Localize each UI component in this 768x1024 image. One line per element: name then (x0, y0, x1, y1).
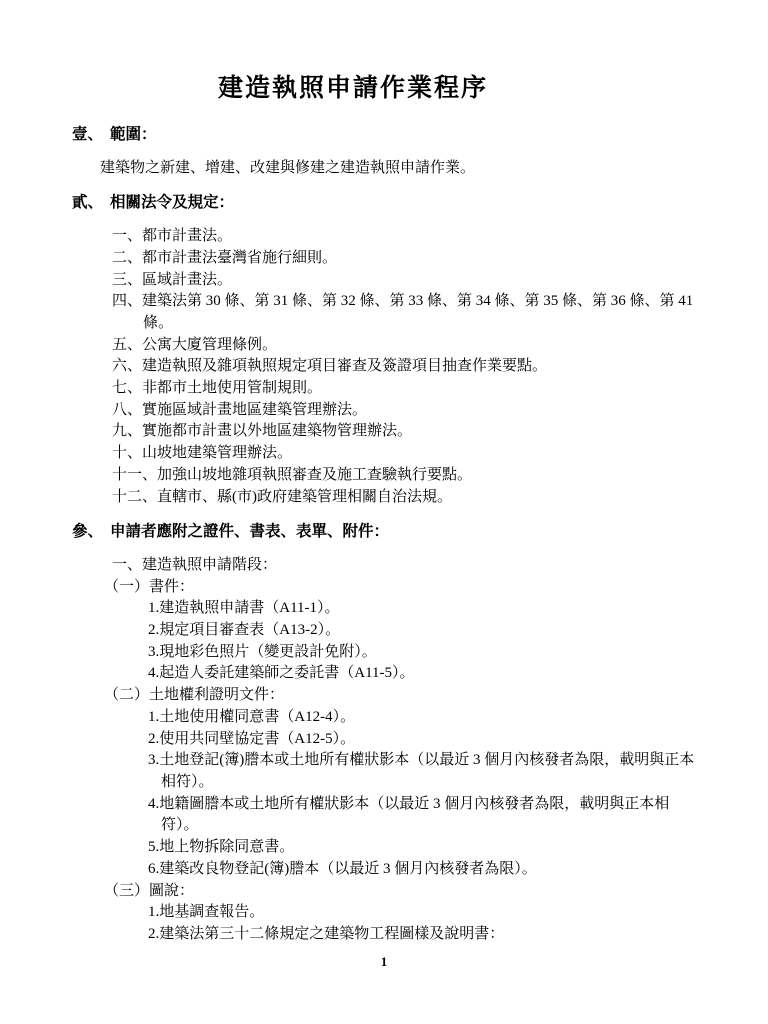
list-item-label: 六、 (112, 358, 142, 374)
list-item: 二、都市計畫法臺灣省施行細則。 (112, 248, 706, 270)
list-item-text: 建築法第 30 條、第 31 條、第 32 條、第 33 條、第 34 條、第 … (142, 293, 693, 331)
section-number: 貳、 (72, 192, 110, 214)
stage-text: 建造執照申請階段： (142, 557, 277, 573)
group-label: （一） (104, 577, 149, 599)
section-number: 參、 (72, 521, 110, 543)
list-item-label: 五、 (112, 337, 142, 353)
list-item-label: 十一、 (112, 467, 157, 483)
page-number: 1 (0, 955, 768, 969)
list-item-label: 一、 (112, 228, 142, 244)
list-item-text: 公寓大廈管理條例。 (142, 337, 277, 353)
attachment-item: 2.規定項目審查表（A13-2）。 (148, 620, 706, 642)
document-page: 建造執照申請作業程序 壹、範圍： 建築物之新建、增建、改建與修建之建造執照申請作… (0, 72, 768, 946)
section-heading-scope: 壹、範圍： (72, 124, 706, 146)
list-item-text: 山坡地建築管理辦法。 (142, 445, 292, 461)
section-title: 相關法令及規定： (110, 194, 234, 211)
group-title: 土地權利證明文件： (149, 687, 284, 703)
list-item-label: 九、 (112, 423, 142, 439)
attachment-item: 3.土地登記(簿)謄本或土地所有權狀影本（以最近 3 個月內核發者為限，載明與正… (148, 750, 706, 793)
attachment-item: 2.建築法第三十二條規定之建築物工程圖樣及說明書： (148, 924, 706, 946)
list-item-text: 實施區域計畫地區建築管理辦法。 (142, 402, 367, 418)
section-heading-attachments: 參、申請者應附之證件、書表、表單、附件： (72, 521, 706, 543)
attachment-item: 4.地籍圖謄本或土地所有權狀影本（以最近 3 個月內核發者為限，載明與正本相符）… (148, 794, 706, 837)
list-item: 十、山坡地建築管理辦法。 (112, 443, 706, 465)
list-item: 四、建築法第 30 條、第 31 條、第 32 條、第 33 條、第 34 條、… (112, 291, 706, 334)
list-item-text: 區域計畫法。 (142, 272, 232, 288)
list-item: 六、建造執照及雜項執照規定項目審查及簽證項目抽查作業要點。 (112, 356, 706, 378)
group-label: （三） (104, 881, 149, 903)
list-item: 九、實施都市計畫以外地區建築物管理辦法。 (112, 421, 706, 443)
list-item-text: 都市計畫法。 (142, 228, 232, 244)
attachment-item: 4.起造人委託建築師之委託書（A11-5）。 (148, 663, 706, 685)
section-heading-regulations: 貳、相關法令及規定： (72, 192, 706, 214)
attachment-item: 2.使用共同壁協定書（A12-5）。 (148, 729, 706, 751)
list-item-text: 實施都市計畫以外地區建築物管理辦法。 (142, 423, 412, 439)
group-label: （二） (104, 685, 149, 707)
attachment-group-heading: （一）書件： (104, 577, 706, 599)
group-title: 圖說： (149, 883, 194, 899)
list-item-text: 加強山坡地雜項執照審查及施工查驗執行要點。 (157, 467, 472, 483)
list-item-label: 十二、 (112, 489, 157, 505)
list-item: 八、實施區域計畫地區建築管理辦法。 (112, 400, 706, 422)
list-item: 十二、直轄市、縣(市)政府建築管理相關自治法規。 (112, 487, 706, 509)
stage-label: 一、 (112, 557, 142, 573)
document-title: 建造執照申請作業程序 (0, 72, 706, 106)
attachment-group-heading: （三）圖說： (104, 881, 706, 903)
attachment-item: 1.建造執照申請書（A11-1）。 (148, 598, 706, 620)
list-item-label: 十、 (112, 445, 142, 461)
list-item-text: 直轄市、縣(市)政府建築管理相關自治法規。 (157, 489, 452, 505)
list-item-text: 都市計畫法臺灣省施行細則。 (142, 250, 337, 266)
list-item-label: 四、 (112, 293, 142, 309)
attachment-item: 5.地上物拆除同意書。 (148, 837, 706, 859)
attachment-item: 1.土地使用權同意書（A12-4）。 (148, 707, 706, 729)
scope-paragraph: 建築物之新建、增建、改建與修建之建造執照申請作業。 (100, 158, 706, 180)
list-item-label: 二、 (112, 250, 142, 266)
list-item-text: 建造執照及雜項執照規定項目審查及簽證項目抽查作業要點。 (142, 358, 547, 374)
group-title: 書件： (149, 579, 194, 595)
list-item-label: 八、 (112, 402, 142, 418)
list-item: 五、公寓大廈管理條例。 (112, 335, 706, 357)
regulation-list: 一、都市計畫法。 二、都市計畫法臺灣省施行細則。 三、區域計畫法。 四、建築法第… (112, 226, 706, 508)
attachment-group-heading: （二）土地權利證明文件： (104, 685, 706, 707)
list-item-label: 三、 (112, 272, 142, 288)
section-title: 範圍： (110, 126, 157, 143)
stage-heading: 一、建造執照申請階段： (112, 555, 706, 577)
list-item: 十一、加強山坡地雜項執照審查及施工查驗執行要點。 (112, 465, 706, 487)
section-title: 申請者應附之證件、書表、表單、附件： (110, 523, 389, 540)
attachment-item: 6.建築改良物登記(簿)謄本（以最近 3 個月內核發者為限）。 (148, 859, 706, 881)
list-item-text: 非都市土地使用管制規則。 (142, 380, 322, 396)
attachment-item: 1.地基調查報告。 (148, 902, 706, 924)
section-number: 壹、 (72, 124, 110, 146)
list-item: 三、區域計畫法。 (112, 270, 706, 292)
list-item-label: 七、 (112, 380, 142, 396)
attachment-item: 3.現地彩色照片（變更設計免附）。 (148, 642, 706, 664)
list-item: 七、非都市土地使用管制規則。 (112, 378, 706, 400)
list-item: 一、都市計畫法。 (112, 226, 706, 248)
